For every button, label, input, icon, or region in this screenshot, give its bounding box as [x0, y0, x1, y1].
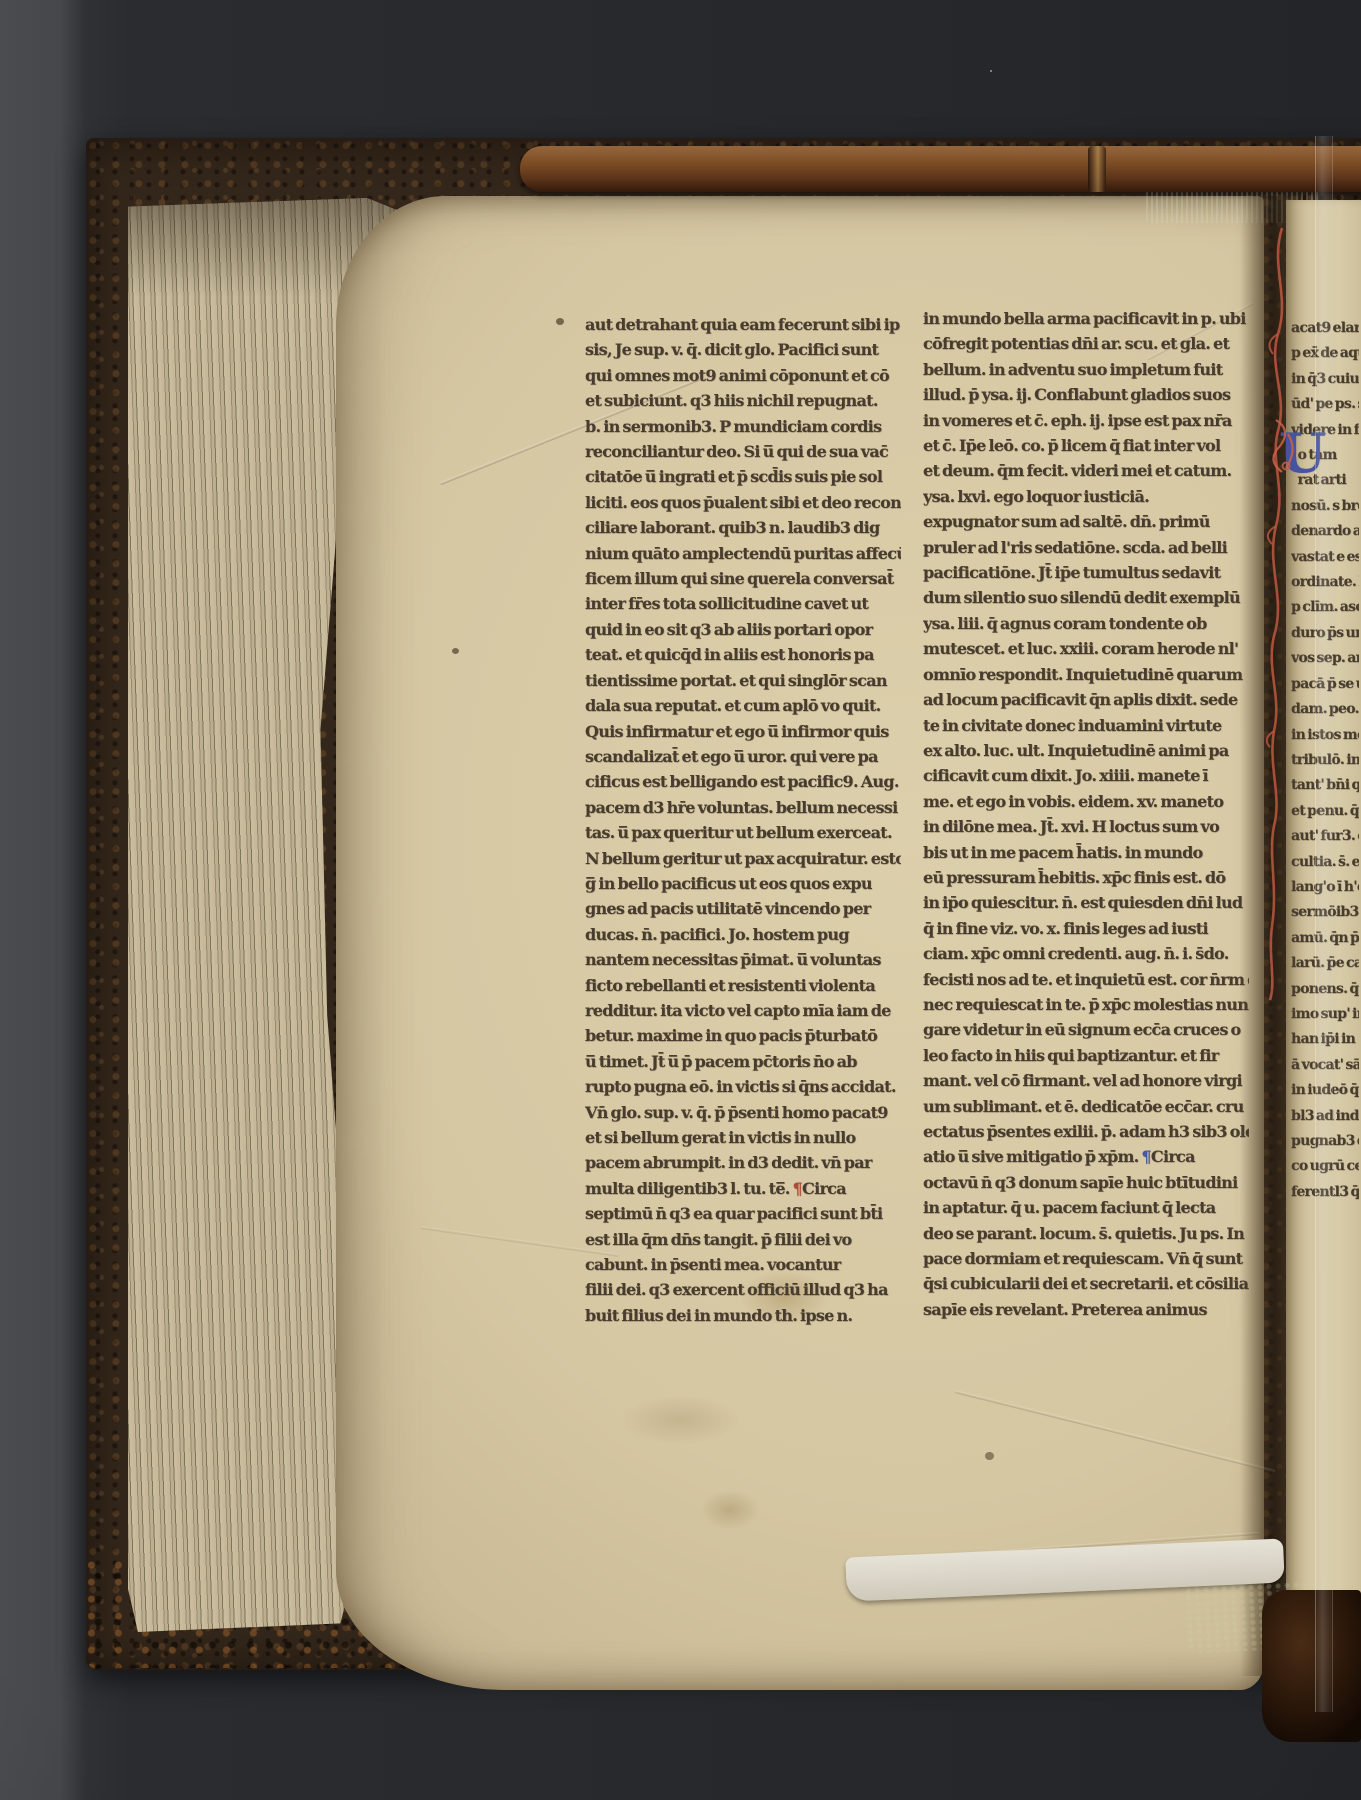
manuscript-text-line: q̄ in fine viz. vo. x. finis leges ad iu… [923, 916, 1249, 941]
manuscript-text-line: rupto pugna eō. in victis si q̄ns accida… [585, 1074, 901, 1099]
manuscript-text-line: et deum. q̄m fecit. videri mei et catum. [923, 458, 1249, 483]
manuscript-text-line: pacificatiōne. Jt̄ ip̄e tumultus sedavit [923, 560, 1249, 585]
manuscript-text-line: citatōe u̅ ingrati et p̄ scd̄is suis pie… [585, 464, 901, 489]
manuscript-text-line: me. et ego in vobis. eidem. xv. maneto [923, 789, 1249, 814]
manuscript-text-line: ciam. xp̄c omni credenti. aug. n̄. i. s̄… [923, 941, 1249, 966]
manuscript-text-line: sapīe eis revelant. Preterea animus [923, 1297, 1249, 1322]
acrylic-page-strap [1315, 136, 1333, 1712]
manuscript-text-line: in aptatur. q̄ u. pacem faciunt q̄ lecta [923, 1195, 1249, 1220]
manuscript-text-line: liciti. eos quos p̄ualent sibi et deo re… [585, 490, 901, 515]
manuscript-text-line: fecisti nos ad te. et inquietū est. cor … [923, 967, 1249, 992]
wormhole-spot [452, 648, 459, 654]
manuscript-text-line: Quis infirmatur et ego u̅ infirmor quis [585, 719, 901, 744]
manuscript-text-line: tas. u̅ pax queritur ut bellum exerceat. [585, 820, 901, 845]
manuscript-text-line: gnes ad pacis utilitatē vincendo per [585, 896, 901, 921]
manuscript-text-line: scandalizat̄ et ego u̅ uror. qui vere pa [585, 744, 901, 769]
manuscript-text-line: filii dei. q3 exercent officiū illud q3 … [585, 1277, 901, 1302]
manuscript-text-line: qui omnes mot9 animi cōponunt et cō [585, 363, 901, 388]
manuscript-text-line: nium quāto amplectendū puritas affecū [585, 541, 901, 566]
manuscript-text-line: et subiciunt. q3 hiis nichil repugnat. [585, 388, 901, 413]
text-column-left: aut detrahant quia eam fecerunt sibi ips… [585, 312, 901, 1328]
manuscript-text-line: in ip̄o quiescitur. n̄. est quiesden dn̄… [923, 890, 1249, 915]
manuscript-text-line: omnīo respondit. Inquietudinē quarum [923, 662, 1249, 687]
manuscript-text-line: nec requiescat in te. p̄ xp̄c molestias … [923, 992, 1249, 1017]
spine-top-roll [520, 146, 1361, 192]
manuscript-text-line: Vn̄ glo. sup. v. q̄. p̄ p̄senti homo pac… [585, 1100, 901, 1125]
manuscript-text-line: et si bellum gerat in victis in nullo [585, 1125, 901, 1150]
stain [620, 1395, 740, 1445]
manuscript-text-line: leo facto in hiis qui baptizantur. et fi… [923, 1043, 1249, 1068]
manuscript-text-line: cōfregit potentias dn̄i ar. scu. et gla.… [923, 331, 1249, 356]
manuscript-text-line: in mundo bella arma pacificavit in p. ub… [923, 306, 1249, 331]
wormhole-spot [556, 318, 564, 325]
manuscript-text-line: te in civitate donec induamini virtute [923, 713, 1249, 738]
manuscript-text-line: mant. vel cō firmant. vel ad honore virg… [923, 1068, 1249, 1093]
manuscript-text-line: ectatus p̄sentes exilii. p̄. adam h3 sib… [923, 1119, 1249, 1144]
manuscript-photograph: aut detrahant quia eam fecerunt sibi ips… [0, 0, 1361, 1800]
red-penwork-flourish [1250, 224, 1298, 1008]
manuscript-text-line: est illa q̄m dn̄s tangit. p̄ filii dei v… [585, 1227, 901, 1252]
manuscript-text-line: septimū n̄ q3 ea quar pacifici sunt bt̄i [585, 1201, 901, 1226]
manuscript-text-line: inter fr̄es tota sollicitudine cavet ut [585, 591, 901, 616]
manuscript-text-line: tientissime portat. et qui singlōr scan [585, 668, 901, 693]
manuscript-text-line: teat. et quicq̄d in aliis est honoris pa [585, 642, 901, 667]
manuscript-text-line: ficem illum qui sine querela conversat̄ [585, 566, 901, 591]
dust-speck [990, 70, 992, 72]
manuscript-text-line: ficto rebellanti et resistenti violenta [585, 973, 901, 998]
manuscript-text-line: ysa. lxvi. ego loquor iusticiā. [923, 484, 1249, 509]
manuscript-text-line: redditur. ita victo vel capto mīa iam de [585, 998, 901, 1023]
manuscript-text-line: nantem necessitas p̄imat. u̅ voluntas [585, 947, 901, 972]
blue-paraph-mark: ¶ [1141, 1147, 1150, 1166]
manuscript-text-line: dala sua reputat. et cum aplō vo quit. [585, 693, 901, 718]
manuscript-text-line: pruler ad l'ris sedatiōne. scda. ad bell… [923, 535, 1249, 560]
manuscript-text-line: deo se parant. locum. s̄. quietis. Ju ps… [923, 1221, 1249, 1246]
manuscript-text-line: q̄si cubicularii dei et secretarii. et c… [923, 1271, 1249, 1296]
manuscript-text-line: atio u̅ sive mitigatio p̄ xp̄m. ¶Circa [923, 1144, 1249, 1169]
manuscript-text-line: cificus est belligando est pacific9. Aug… [585, 769, 901, 794]
manuscript-text-line: in vomeres et c̄. eph. ij. ipse est pax … [923, 408, 1249, 433]
manuscript-text-line: pacem d3 hr̄e voluntas. bellum necessi [585, 795, 901, 820]
manuscript-text-line: multa diligentib3 l. tu. te̅. ¶Circa [585, 1176, 901, 1201]
manuscript-text-line: bellum. in adventu suo impletum fuit [923, 357, 1249, 382]
red-paraph-mark: ¶ [793, 1179, 802, 1198]
manuscript-text-line: b. in sermonib3. P mundiciam cordis [585, 414, 901, 439]
manuscript-text-line: pacem abrumpit. in d3 dedit. vn̄ par [585, 1150, 901, 1175]
manuscript-text-line: ciliare laborant. quib3 n. laudib3 dig [585, 515, 901, 540]
manuscript-text-line: sis, Je sup. v. q̄. dicit glo. Pacifici … [585, 337, 901, 362]
manuscript-text-line: ducas. n̄. pacifici. Jo. hostem pug [585, 922, 901, 947]
manuscript-text-line: betur. maxime in quo pacis p̄turbatō [585, 1023, 901, 1048]
manuscript-text-line: expugnator sum ad saltē. dn̄. primū [923, 509, 1249, 534]
manuscript-text-line: dum silentio suo silendū dedit exemplū [923, 585, 1249, 610]
manuscript-text-line: pace dormiam et requiescam. Vn̄ q̄ sunt [923, 1246, 1249, 1271]
stain [985, 1452, 994, 1460]
manuscript-text-line: u̅ timet. Jt̄ u̅ p̄ pacem pc̄toris n̄o a… [585, 1049, 901, 1074]
manuscript-text-line: aut detrahant quia eam fecerunt sibi ip [585, 312, 901, 337]
manuscript-text-line: eū pressuram h̄ebitis. xp̄c finis est. d… [923, 865, 1249, 890]
manuscript-text-line: cabunt. in p̄senti mea. vocantur [585, 1252, 901, 1277]
stain [700, 1490, 760, 1530]
manuscript-text-line: N bellum geritur ut pax acquiratur. esto [585, 846, 901, 871]
manuscript-text-line: bis ut in me pacem h̄atis. in mundo [923, 840, 1249, 865]
manuscript-text-line: octavū n̄ q3 donum sapīe huic btītudini [923, 1170, 1249, 1195]
text-column-right: in mundo bella arma pacificavit in p. ub… [923, 306, 1249, 1322]
manuscript-text-line: g̅ in bello pacificus ut eos quos expu [585, 871, 901, 896]
manuscript-text-line: ad locum pacificavit q̄n aplis dixit. se… [923, 687, 1249, 712]
manuscript-text-line: illud. p̄ ysa. ij. Conflabunt gladios su… [923, 382, 1249, 407]
manuscript-text-line: et c̄. Ip̄e leō. co. p̄ licem q̄ fiat in… [923, 433, 1249, 458]
spine-roll-joint [1088, 146, 1106, 192]
manuscript-text-line: quid in eo sit q3 ab aliis portari opor [585, 617, 901, 642]
manuscript-text-line: um sublimant. et ē. dedicatōe ecc̄ar. cr… [923, 1094, 1249, 1119]
manuscript-text-line: buit filius dei in mundo th. ipse n. [585, 1303, 901, 1328]
leather-corner [1262, 1590, 1361, 1742]
manuscript-text-line: gare videtur in eū signum ecc̄a cruces o [923, 1017, 1249, 1042]
manuscript-text-line: mutescet. et luc. xxiii. coram herode nl… [923, 636, 1249, 661]
manuscript-text-line: reconciliantur deo. Si u̅ qui de sua vac… [585, 439, 901, 464]
manuscript-text-line: ex alto. luc. ult. Inquietudinē animi pa [923, 738, 1249, 763]
manuscript-text-line: in dilōne mea. Jt̄. xvi. H loctus sum vo [923, 814, 1249, 839]
manuscript-text-line: ysa. liii. q̄ agnus coram tondente ob [923, 611, 1249, 636]
manuscript-text-line: cificavit cum dixit. Jo. xiiii. manete ī [923, 763, 1249, 788]
